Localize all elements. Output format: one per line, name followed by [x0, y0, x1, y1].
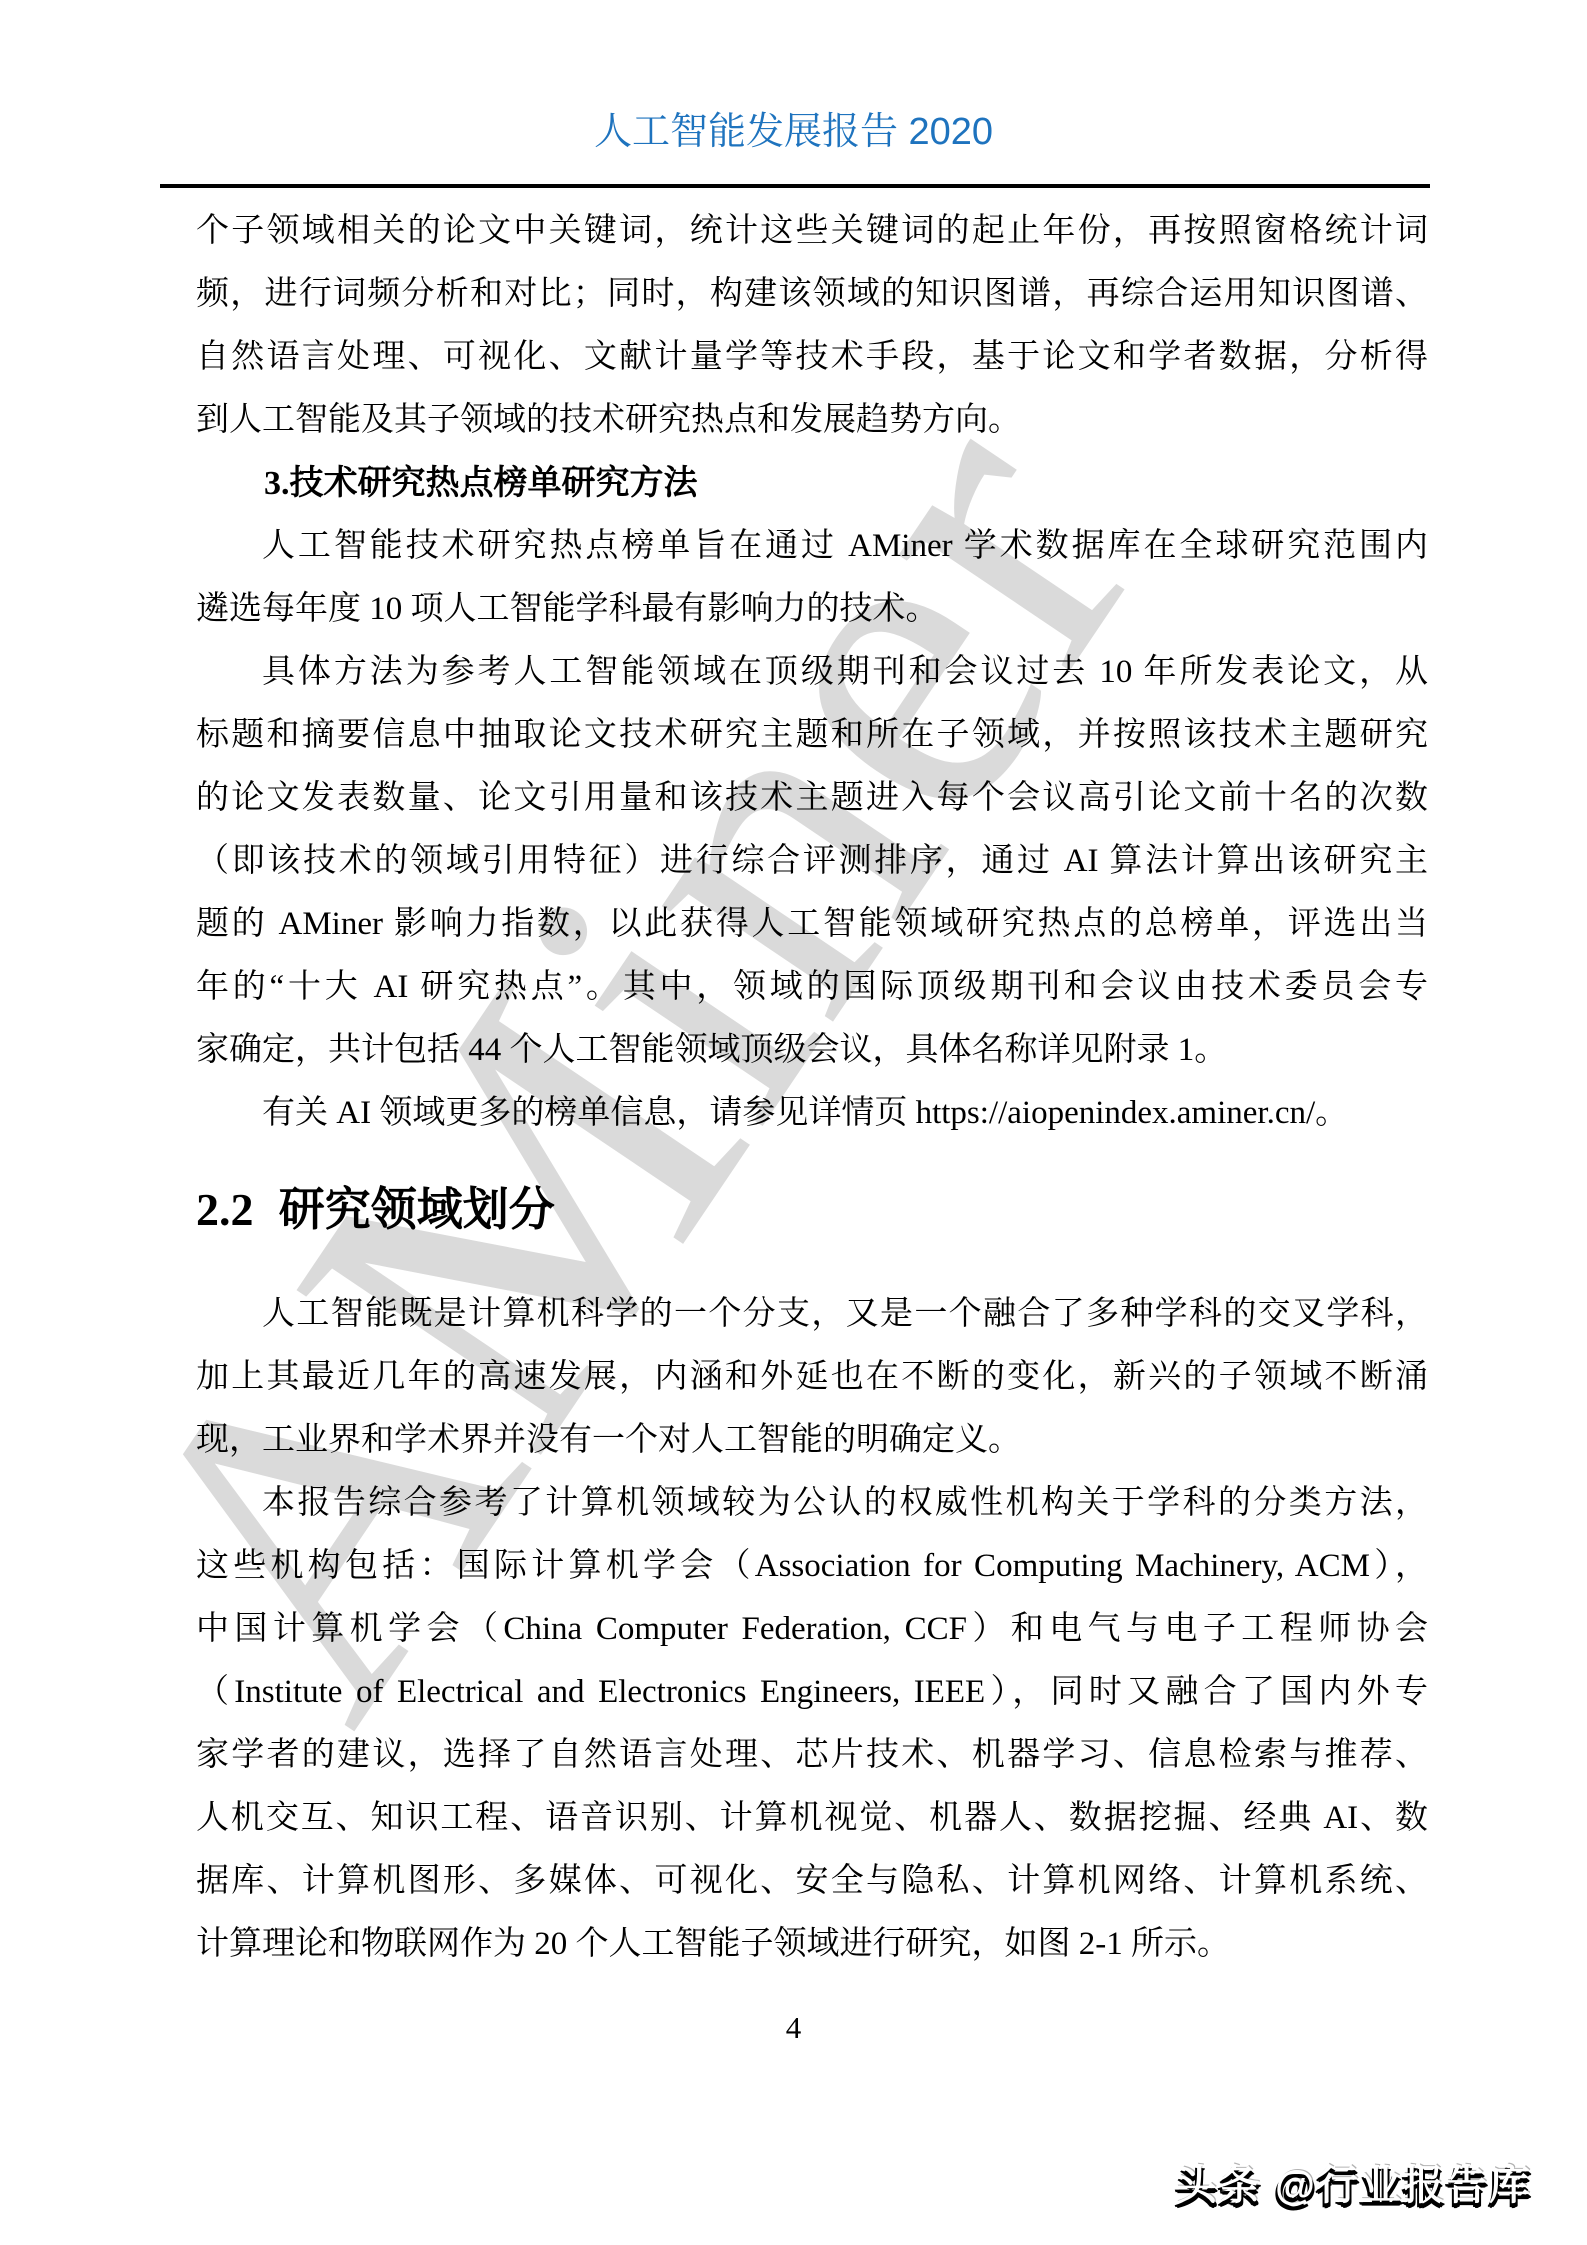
text-line: 题的 AMiner 影响力指数，以此获得人工智能领域研究热点的总榜单，评选出当: [196, 893, 1428, 956]
page-body: 个子领域相关的论文中关键词，统计这些关键词的起止年份，再按照窗格统计词频，进行词…: [196, 200, 1428, 1976]
text-line: 家确定，共计包括 44 个人工智能领域顶级会议，具体名称详见附录 1。: [196, 1019, 1428, 1082]
text-line: 年的“十大 AI 研究热点”。其中，领域的国际顶级期刊和会议由技术委员会专: [196, 956, 1428, 1019]
header-divider: [160, 184, 1430, 188]
text-line: 中国计算机学会（China Computer Federation, CCF）和…: [196, 1598, 1428, 1661]
text-line: （即该技术的领域引用特征）进行综合评测排序，通过 AI 算法计算出该研究主: [196, 830, 1428, 893]
paragraph-ai-definition: 人工智能既是计算机科学的一个分支，又是一个融合了多种学科的交叉学科，加上其最近几…: [196, 1283, 1428, 1472]
text-line: 遴选每年度 10 项人工智能学科最有影响力的技术。: [196, 578, 1428, 641]
text-line: 标题和摘要信息中抽取论文技术研究主题和所在子领域，并按照该技术主题研究: [196, 704, 1428, 767]
section-heading-2-2: 2.2研究领域划分: [196, 1175, 1428, 1245]
text-line: 这些机构包括：国际计算机学会（Association for Computing…: [196, 1535, 1428, 1598]
paragraph-hotlist-intro: 人工智能技术研究热点榜单旨在通过 AMiner 学术数据库在全球研究范围内遴选每…: [196, 515, 1428, 641]
text-line: 的论文发表数量、论文引用量和该技术主题进入每个会议高引论文前十名的次数: [196, 767, 1428, 830]
text-line: 具体方法为参考人工智能领域在顶级期刊和会议过去 10 年所发表论文，从: [196, 641, 1428, 704]
text-line: 人工智能技术研究热点榜单旨在通过 AMiner 学术数据库在全球研究范围内: [196, 515, 1428, 578]
section-title: 研究领域划分: [279, 1184, 555, 1235]
paragraph-keyword-analysis: 个子领域相关的论文中关键词，统计这些关键词的起止年份，再按照窗格统计词频，进行词…: [196, 200, 1428, 452]
paragraph-field-selection: 本报告综合参考了计算机领域较为公认的权威性机构关于学科的分类方法，这些机构包括：…: [196, 1472, 1428, 1976]
page-number: 4: [0, 2008, 1587, 2048]
section-number: 2.2: [196, 1184, 254, 1235]
text-line: 计算理论和物联网作为 20 个人工智能子领域进行研究，如图 2-1 所示。: [196, 1913, 1428, 1976]
page-header-title: 人工智能发展报告 2020: [0, 106, 1587, 158]
text-line: 个子领域相关的论文中关键词，统计这些关键词的起止年份，再按照窗格统计词: [196, 200, 1428, 263]
text-line: （Institute of Electrical and Electronics…: [196, 1661, 1428, 1724]
text-line: 据库、计算机图形、多媒体、可视化、安全与隐私、计算机网络、计算机系统、: [196, 1850, 1428, 1913]
text-line: 到人工智能及其子领域的技术研究热点和发展趋势方向。: [196, 389, 1428, 452]
text-line: 家学者的建议，选择了自然语言处理、芯片技术、机器学习、信息检索与推荐、: [196, 1724, 1428, 1787]
paragraph-more-info-link: 有关 AI 领域更多的榜单信息，请参见详情页 https://aiopenind…: [196, 1082, 1428, 1145]
paragraph-method-detail: 具体方法为参考人工智能领域在顶级期刊和会议过去 10 年所发表论文，从标题和摘要…: [196, 641, 1428, 1082]
text-line: 现，工业界和学术界并没有一个对人工智能的明确定义。: [196, 1409, 1428, 1472]
text-line: 人机交互、知识工程、语音识别、计算机视觉、机器人、数据挖掘、经典 AI、数: [196, 1787, 1428, 1850]
text-line: 有关 AI 领域更多的榜单信息，请参见详情页 https://aiopenind…: [196, 1082, 1428, 1145]
text-line: 频，进行词频分析和对比；同时，构建该领域的知识图谱，再综合运用知识图谱、: [196, 263, 1428, 326]
text-line: 人工智能既是计算机科学的一个分支，又是一个融合了多种学科的交叉学科，: [196, 1283, 1428, 1346]
subheading-method-3: 3.技术研究热点榜单研究方法: [196, 452, 1428, 515]
text-line: 加上其最近几年的高速发展，内涵和外延也在不断的变化，新兴的子领域不断涌: [196, 1346, 1428, 1409]
text-line: 自然语言处理、可视化、文献计量学等技术手段，基于论文和学者数据，分析得: [196, 326, 1428, 389]
text-line: 本报告综合参考了计算机领域较为公认的权威性机构关于学科的分类方法，: [196, 1472, 1428, 1535]
publisher-stamp: 头条 @行业报告库: [1176, 2160, 1532, 2210]
